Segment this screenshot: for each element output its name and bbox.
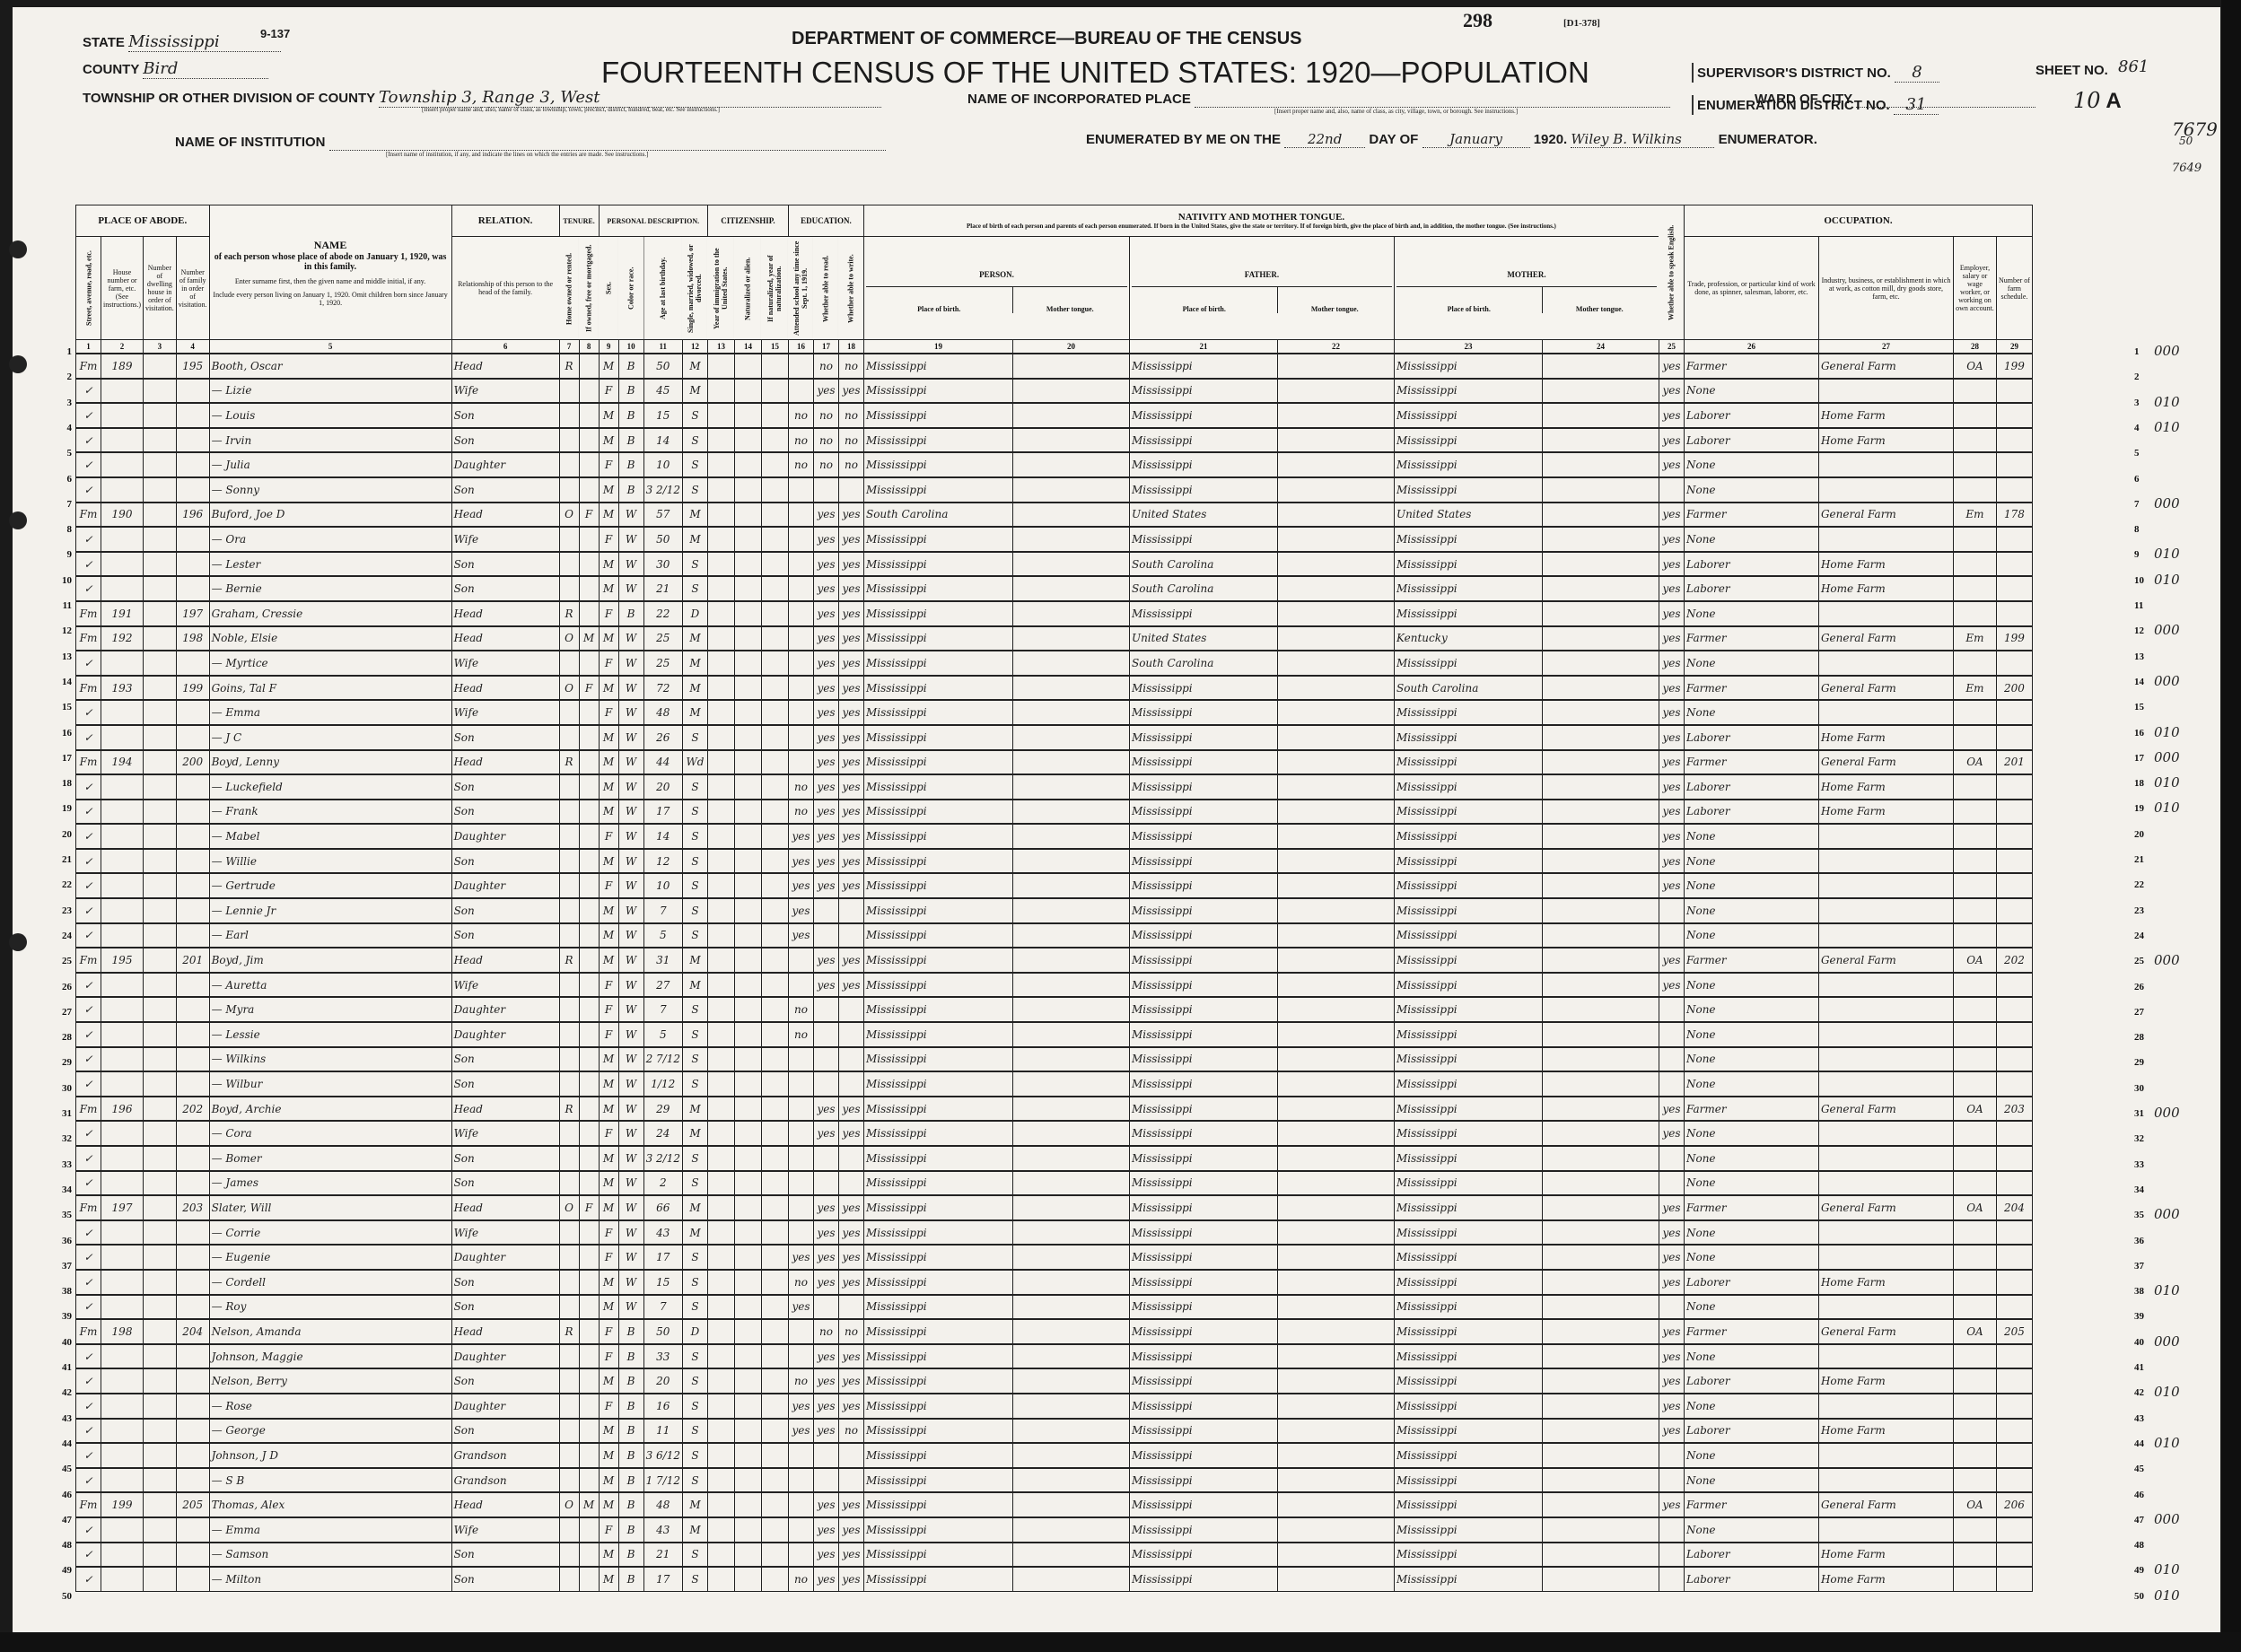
cell-house: 190: [101, 503, 144, 528]
cell-father-birth: Mississippi: [1129, 1344, 1277, 1369]
cell-mother-tongue: [1542, 1517, 1659, 1543]
cell-mother-birth: Mississippi: [1394, 750, 1542, 775]
cell-mother-tongue: [1542, 800, 1659, 825]
cell-relation: Son: [451, 428, 559, 453]
cell-write: [838, 1443, 863, 1468]
cell-dwelling-fam: 205: [176, 1492, 209, 1517]
cell-marital: S: [682, 1047, 707, 1072]
cell-write: yes: [838, 774, 863, 800]
cell-english: yes: [1659, 379, 1684, 404]
cell-dwelling: [144, 428, 177, 453]
cell-english: yes: [1659, 849, 1684, 874]
cell-tongue: [1012, 1171, 1129, 1196]
cell-tongue: [1012, 379, 1129, 404]
cell-tongue: [1012, 1121, 1129, 1146]
cell-industry: [1818, 1146, 1953, 1171]
cell-relation: Head: [451, 948, 559, 973]
table-row: ✓Nelson, BerrySonMB20SnoyesyesMississipp…: [76, 1368, 2033, 1394]
cell-class: [1953, 973, 1996, 998]
cell-mother-birth: Mississippi: [1394, 1517, 1542, 1543]
enumeration-date-field: ENUMERATED BY ME ON THE 22nd DAY OF Janu…: [1086, 131, 1817, 148]
cell-house: [101, 1368, 144, 1394]
cell-english: yes: [1659, 1344, 1684, 1369]
cell-tongue: [1012, 1344, 1129, 1369]
cell-father-tongue: [1277, 428, 1394, 453]
cell-industry: [1818, 849, 1953, 874]
cell-tongue: [1012, 1245, 1129, 1270]
table-row: Fm193199Goins, Tal FHeadOFMW72MyesyesMis…: [76, 676, 2033, 701]
line-number: 36: [54, 1236, 72, 1246]
cell-mother-tongue: [1542, 626, 1659, 651]
cell-industry: [1818, 1443, 1953, 1468]
table-row: ✓— WillieSonMW12SyesyesyesMississippiMis…: [76, 849, 2033, 874]
cell-class: [1953, 873, 1996, 898]
column-trade: Trade, profession, or particular kind of…: [1684, 237, 1818, 340]
cell-birth: Mississippi: [863, 1022, 1012, 1047]
cell-industry: Home Farm: [1818, 1419, 1953, 1444]
cell-father-birth: Mississippi: [1129, 923, 1277, 948]
line-number: 48: [2134, 1540, 2144, 1551]
cell-dwelling-fam: [176, 873, 209, 898]
table-row: ✓— GertrudeDaughterFW10SyesyesyesMississ…: [76, 873, 2033, 898]
cell-birth: Mississippi: [863, 997, 1012, 1022]
cell-english: yes: [1659, 1195, 1684, 1220]
cell-tongue: [1012, 1295, 1129, 1320]
cell-relation: Wife: [451, 700, 559, 725]
cell-race: B: [618, 1419, 643, 1444]
page-title: FOURTEENTH CENSUS OF THE UNITED STATES: …: [601, 56, 1589, 90]
cell-farm: [1996, 428, 2032, 453]
cell-nat: [734, 1368, 761, 1394]
line-number: 31: [2134, 1108, 2144, 1119]
cell-sex: M: [599, 1146, 618, 1171]
line-number: 43: [2134, 1413, 2144, 1424]
cell-mortgage: [579, 576, 599, 601]
cell-natyr: [761, 477, 788, 503]
cell-street: ✓: [76, 1295, 101, 1320]
line-number: 31: [54, 1108, 72, 1119]
cell-dwelling: [144, 1468, 177, 1493]
cell-name: Johnson, Maggie: [209, 1344, 451, 1369]
cell-dwelling-fam: 202: [176, 1097, 209, 1122]
cell-father-birth: Mississippi: [1129, 1195, 1277, 1220]
township-field: TOWNSHIP OR OTHER DIVISION OF COUNTY Tow…: [83, 88, 881, 108]
cell-trade: Farmer: [1684, 1492, 1818, 1517]
cell-trade: Laborer: [1684, 774, 1818, 800]
cell-mother-birth: Mississippi: [1394, 898, 1542, 923]
cell-age: 2: [643, 1171, 682, 1196]
cell-trade: Laborer: [1684, 725, 1818, 750]
cell-house: [101, 1245, 144, 1270]
sheet-side: A: [2105, 89, 2121, 113]
cell-farm: [1996, 1245, 2032, 1270]
cell-name: Boyd, Jim: [209, 948, 451, 973]
column-number: 3: [144, 340, 177, 354]
cell-age: 3 6/12: [643, 1443, 682, 1468]
line-number: 22: [54, 879, 72, 890]
cell-relation: Daughter: [451, 1344, 559, 1369]
cell-industry: [1818, 898, 1953, 923]
cell-tenure: [559, 1368, 579, 1394]
cell-father-birth: Mississippi: [1129, 1419, 1277, 1444]
cell-mother-birth: Mississippi: [1394, 1344, 1542, 1369]
cell-industry: Home Farm: [1818, 1543, 1953, 1568]
cell-dwelling-fam: [176, 1171, 209, 1196]
cell-imm: [707, 651, 734, 676]
cell-house: 189: [101, 354, 144, 379]
cell-industry: General Farm: [1818, 626, 1953, 651]
cell-sex: F: [599, 651, 618, 676]
cell-trade: None: [1684, 700, 1818, 725]
cell-marital: S: [682, 898, 707, 923]
cell-imm: [707, 1567, 734, 1591]
cell-english: yes: [1659, 1220, 1684, 1246]
cell-father-birth: Mississippi: [1129, 849, 1277, 874]
cell-natyr: [761, 948, 788, 973]
cell-mortgage: [579, 800, 599, 825]
cell-dwelling: [144, 948, 177, 973]
cell-race: W: [618, 1195, 643, 1220]
cell-father-birth: Mississippi: [1129, 601, 1277, 626]
cell-trade: Laborer: [1684, 1270, 1818, 1295]
line-number: 1: [2134, 346, 2140, 357]
cell-marital: S: [682, 923, 707, 948]
coding-annotation: 010: [2154, 1587, 2180, 1604]
cell-dwelling: [144, 849, 177, 874]
line-number: 11: [54, 600, 72, 611]
cell-mother-tongue: [1542, 1295, 1659, 1320]
cell-english: yes: [1659, 1368, 1684, 1394]
cell-dwelling: [144, 700, 177, 725]
cell-sex: M: [599, 1295, 618, 1320]
cell-write: yes: [838, 973, 863, 998]
line-number: 13: [2134, 651, 2144, 662]
table-row: ✓— OraWifeFW50MyesyesMississippiMississi…: [76, 527, 2033, 552]
cell-birth: Mississippi: [863, 1121, 1012, 1146]
cell-tenure: [559, 898, 579, 923]
cell-imm: [707, 1394, 734, 1419]
cell-street: ✓: [76, 403, 101, 428]
cell-imm: [707, 1097, 734, 1122]
table-row: Fm190196Buford, Joe DHeadOFMW57MyesyesSo…: [76, 503, 2033, 528]
cell-mortgage: [579, 477, 599, 503]
table-row: ✓— SamsonSonMB21SyesyesMississippiMissis…: [76, 1543, 2033, 1568]
cell-mother-birth: Mississippi: [1394, 725, 1542, 750]
cell-birth: Mississippi: [863, 626, 1012, 651]
cell-imm: [707, 503, 734, 528]
cell-english: yes: [1659, 973, 1684, 998]
cell-imm: [707, 1468, 734, 1493]
cell-street: ✓: [76, 1394, 101, 1419]
cell-street: Fm: [76, 676, 101, 701]
cell-race: B: [618, 1344, 643, 1369]
cell-father-birth: Mississippi: [1129, 774, 1277, 800]
cell-dwelling-fam: [176, 1419, 209, 1444]
cell-dwelling: [144, 1443, 177, 1468]
enumerator-label: ENUMERATOR.: [1719, 132, 1817, 147]
cell-school: [788, 700, 813, 725]
cell-school: no: [788, 403, 813, 428]
subgroup-person: PERSON. Place of birth.Mother tongue.: [863, 237, 1129, 340]
cell-read: yes: [813, 576, 838, 601]
cell-trade: None: [1684, 1344, 1818, 1369]
cell-house: [101, 1394, 144, 1419]
cell-english: [1659, 1443, 1684, 1468]
cell-mother-tongue: [1542, 1270, 1659, 1295]
cell-farm: [1996, 527, 2032, 552]
cell-house: 194: [101, 750, 144, 775]
cell-race: W: [618, 552, 643, 577]
cell-farm: 204: [1996, 1195, 2032, 1220]
cell-father-tongue: [1277, 1195, 1394, 1220]
cell-mortgage: [579, 1567, 599, 1591]
cell-marital: S: [682, 1443, 707, 1468]
cell-farm: [1996, 898, 2032, 923]
cell-natyr: [761, 1146, 788, 1171]
cell-race: B: [618, 354, 643, 379]
cell-class: [1953, 1567, 1996, 1591]
column-relation: Relationship of this person to the head …: [451, 237, 559, 340]
table-row: Fm189195Booth, OscarHeadRMB50MnonoMissis…: [76, 354, 2033, 379]
cell-dwelling: [144, 1344, 177, 1369]
column-race: Color or race.: [618, 237, 643, 340]
line-number: 17: [54, 753, 72, 764]
cell-mother-birth: South Carolina: [1394, 676, 1542, 701]
line-number: 45: [2134, 1464, 2144, 1474]
line-number: 48: [54, 1540, 72, 1551]
cell-read: yes: [813, 676, 838, 701]
cell-write: [838, 997, 863, 1022]
cell-street: ✓: [76, 576, 101, 601]
cell-relation: Wife: [451, 1121, 559, 1146]
cell-industry: [1818, 997, 1953, 1022]
cell-trade: None: [1684, 601, 1818, 626]
cell-street: Fm: [76, 1097, 101, 1122]
group-nativity: NATIVITY AND MOTHER TONGUE. Place of bir…: [863, 205, 1659, 237]
cell-marital: S: [682, 452, 707, 477]
cell-write: yes: [838, 651, 863, 676]
cell-english: yes: [1659, 750, 1684, 775]
cell-nat: [734, 1543, 761, 1568]
cell-class: [1953, 1270, 1996, 1295]
cell-nat: [734, 1220, 761, 1246]
cell-marital: S: [682, 873, 707, 898]
cell-farm: [1996, 849, 2032, 874]
cell-mother-birth: Mississippi: [1394, 973, 1542, 998]
line-number: 5: [2134, 448, 2140, 459]
cell-school: yes: [788, 1419, 813, 1444]
cell-name: — Ora: [209, 527, 451, 552]
cell-race: W: [618, 1121, 643, 1146]
cell-class: [1953, 428, 1996, 453]
column-number: 29: [1996, 340, 2032, 354]
cell-english: [1659, 1071, 1684, 1097]
cell-imm: [707, 948, 734, 973]
cell-race: B: [618, 1319, 643, 1344]
cell-tongue: [1012, 873, 1129, 898]
township-label: TOWNSHIP OR OTHER DIVISION OF COUNTY: [83, 91, 375, 106]
cell-father-birth: Mississippi: [1129, 1071, 1277, 1097]
cell-nat: [734, 1517, 761, 1543]
cell-street: ✓: [76, 1270, 101, 1295]
cell-dwelling: [144, 1047, 177, 1072]
cell-relation: Head: [451, 676, 559, 701]
column-number: 19: [863, 340, 1012, 354]
cell-mother-tongue: [1542, 1419, 1659, 1444]
cell-house: [101, 1344, 144, 1369]
cell-school: [788, 626, 813, 651]
cell-father-tongue: [1277, 1146, 1394, 1171]
cell-father-tongue: [1277, 923, 1394, 948]
cell-trade: Laborer: [1684, 576, 1818, 601]
cell-father-birth: Mississippi: [1129, 354, 1277, 379]
cell-sex: F: [599, 700, 618, 725]
cell-sex: M: [599, 428, 618, 453]
cell-father-tongue: [1277, 576, 1394, 601]
cell-name: — Willie: [209, 849, 451, 874]
cell-school: no: [788, 997, 813, 1022]
cell-sex: F: [599, 1121, 618, 1146]
cell-dwelling: [144, 1171, 177, 1196]
cell-tenure: [559, 552, 579, 577]
cell-trade: None: [1684, 973, 1818, 998]
cell-mother-birth: United States: [1394, 503, 1542, 528]
column-street: Street, avenue, road, etc.: [76, 237, 101, 340]
cell-father-tongue: [1277, 676, 1394, 701]
cell-sex: M: [599, 626, 618, 651]
cell-birth: Mississippi: [863, 1567, 1012, 1591]
cell-mother-tongue: [1542, 676, 1659, 701]
cell-industry: [1818, 1245, 1953, 1270]
cell-dwelling: [144, 1419, 177, 1444]
cell-nat: [734, 354, 761, 379]
cell-tenure: [559, 1121, 579, 1146]
line-number: 41: [54, 1362, 72, 1373]
cell-imm: [707, 626, 734, 651]
cell-street: ✓: [76, 774, 101, 800]
cell-age: 21: [643, 576, 682, 601]
line-number: 44: [2134, 1438, 2144, 1449]
line-number: 32: [2134, 1133, 2144, 1144]
cell-natyr: [761, 503, 788, 528]
cell-mortgage: [579, 774, 599, 800]
cell-dwelling: [144, 800, 177, 825]
cell-trade: Farmer: [1684, 354, 1818, 379]
cell-name: — Rose: [209, 1394, 451, 1419]
state-label: STATE: [83, 35, 125, 50]
coding-annotation: 010: [2154, 1435, 2180, 1451]
line-number: 45: [54, 1464, 72, 1474]
cell-read: yes: [813, 725, 838, 750]
cell-write: [838, 1047, 863, 1072]
cell-birth: Mississippi: [863, 1517, 1012, 1543]
cell-sex: M: [599, 676, 618, 701]
cell-mother-birth: Mississippi: [1394, 849, 1542, 874]
table-row: ✓— RoySonMW7SyesMississippiMississippiMi…: [76, 1295, 2033, 1320]
cell-natyr: [761, 676, 788, 701]
cell-father-tongue: [1277, 626, 1394, 651]
cell-imm: [707, 700, 734, 725]
cell-read: yes: [813, 1220, 838, 1246]
cell-name: — Julia: [209, 452, 451, 477]
cell-read: yes: [813, 1543, 838, 1568]
line-number: 8: [2134, 524, 2140, 535]
cell-race: B: [618, 1517, 643, 1543]
cell-street: Fm: [76, 1492, 101, 1517]
cell-tongue: [1012, 1146, 1129, 1171]
cell-imm: [707, 1195, 734, 1220]
cell-school: yes: [788, 849, 813, 874]
cell-sex: M: [599, 849, 618, 874]
cell-read: [813, 898, 838, 923]
cell-street: ✓: [76, 552, 101, 577]
cell-natyr: [761, 774, 788, 800]
cell-school: [788, 1071, 813, 1097]
cell-write: [838, 477, 863, 503]
cell-tenure: [559, 700, 579, 725]
cell-mother-tongue: [1542, 997, 1659, 1022]
cell-nat: [734, 750, 761, 775]
cell-school: no: [788, 1368, 813, 1394]
cell-sex: M: [599, 1171, 618, 1196]
cell-imm: [707, 527, 734, 552]
cell-father-birth: Mississippi: [1129, 403, 1277, 428]
cell-age: 66: [643, 1195, 682, 1220]
cell-mortgage: [579, 725, 599, 750]
sheet-annotation: 861: [2118, 57, 2149, 76]
cell-trade: None: [1684, 1443, 1818, 1468]
cell-english: yes: [1659, 1319, 1684, 1344]
cell-class: [1953, 1146, 1996, 1171]
cell-natyr: [761, 1295, 788, 1320]
cell-mother-birth: Mississippi: [1394, 774, 1542, 800]
cell-mother-birth: Mississippi: [1394, 1245, 1542, 1270]
cell-race: W: [618, 651, 643, 676]
cell-english: yes: [1659, 824, 1684, 849]
cell-marital: D: [682, 601, 707, 626]
cell-house: 192: [101, 626, 144, 651]
cell-tenure: [559, 725, 579, 750]
cell-tongue: [1012, 750, 1129, 775]
cell-father-birth: Mississippi: [1129, 997, 1277, 1022]
column-number: 7: [559, 340, 579, 354]
cell-industry: [1818, 873, 1953, 898]
cell-mortgage: [579, 1344, 599, 1369]
cell-english: yes: [1659, 552, 1684, 577]
cell-father-birth: Mississippi: [1129, 1468, 1277, 1493]
cell-dwelling-fam: [176, 576, 209, 601]
cell-dwelling-fam: [176, 1368, 209, 1394]
cell-mortgage: [579, 1097, 599, 1122]
cell-farm: [1996, 997, 2032, 1022]
table-row: Fm192198Noble, ElsieHeadOMMW25MyesyesMis…: [76, 626, 2033, 651]
cell-dwelling-fam: [176, 651, 209, 676]
coding-annotation: 000: [2154, 952, 2180, 968]
cell-father-birth: Mississippi: [1129, 676, 1277, 701]
department-heading: DEPARTMENT OF COMMERCE—BUREAU OF THE CEN…: [792, 29, 1302, 49]
cell-class: [1953, 725, 1996, 750]
table-row: ✓— EmmaWifeFB43MyesyesMississippiMississ…: [76, 1517, 2033, 1543]
cell-english: yes: [1659, 403, 1684, 428]
cell-marital: S: [682, 1567, 707, 1591]
cell-imm: [707, 824, 734, 849]
cell-industry: General Farm: [1818, 503, 1953, 528]
cell-nat: [734, 1492, 761, 1517]
cell-tongue: [1012, 676, 1129, 701]
cell-sex: M: [599, 1097, 618, 1122]
cell-tongue: [1012, 601, 1129, 626]
cell-farm: [1996, 1567, 2032, 1591]
